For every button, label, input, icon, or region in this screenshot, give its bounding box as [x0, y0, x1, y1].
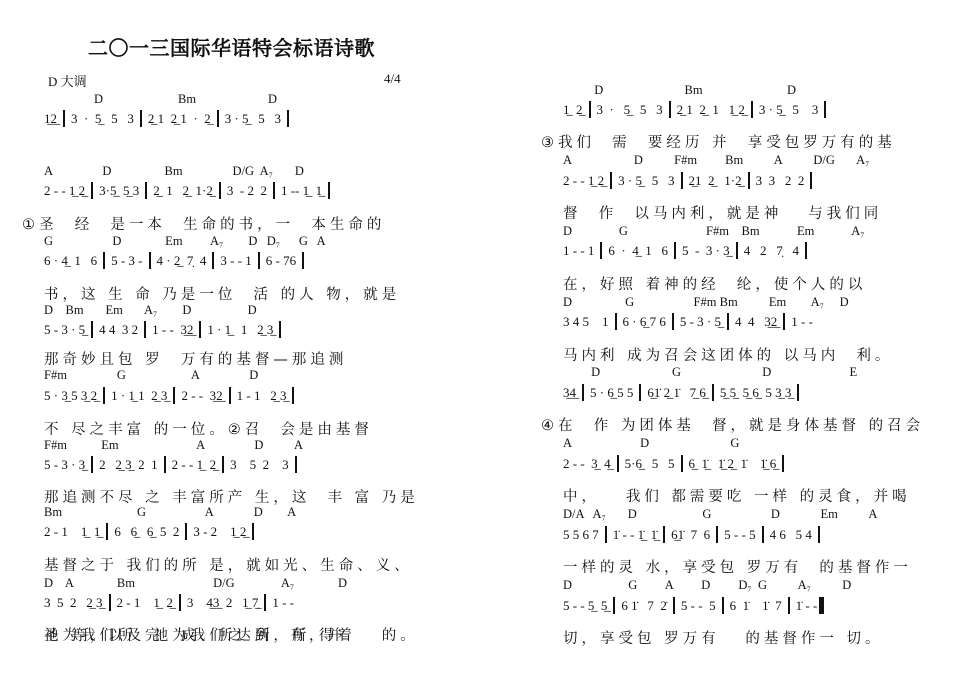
- measure: 2 - - 1̲ 2̲: [44, 183, 85, 199]
- notation-row: 3 5 2 2̲ 3̲2 - 1 1̲ 2̲3 4̲3̲ 2 1̲ 7̣̲1 -…: [44, 594, 294, 611]
- final-barline: [819, 597, 824, 614]
- time-signature: 4/4: [384, 71, 401, 87]
- lyric-row: 那追测不尽 之 丰富所产 生，这 丰 富 乃是: [44, 486, 419, 507]
- barline: [810, 172, 812, 189]
- barline: [212, 252, 214, 269]
- measure: 3 · 5̲ 5 3: [225, 111, 281, 127]
- barline: [805, 242, 807, 259]
- chord-row: D/A A₇ D G D Em A: [563, 507, 877, 522]
- barline: [663, 526, 665, 543]
- barline: [610, 172, 612, 189]
- barline: [600, 242, 602, 259]
- chord-row: F#m G A D: [44, 368, 258, 383]
- barline: [605, 526, 607, 543]
- measure: 1̇ - - 1̲̇ 1̲̇: [613, 527, 657, 543]
- notation-row: 3 4 5 16 · 6̲ 7 65 - 3 · 5̲4 4 3̲2̲1 - -: [563, 313, 813, 330]
- measure: 6 - 76: [266, 253, 296, 269]
- measure: 2 - - 3̲ 4̲: [563, 456, 611, 472]
- measure: 5 - 3 · 3̲: [44, 457, 85, 473]
- measure: 3 5 2 3: [230, 457, 289, 473]
- measure: 2 - 1 1̲ 2̲: [117, 595, 173, 611]
- notation-row: 5 - - 5̲ 5̲6 1̇ 7 2̇5 - - 56 1̇ 1̇ 71̇ -…: [563, 597, 824, 614]
- measure: 2 - - 1̲ 2̲: [563, 173, 604, 189]
- barline: [582, 384, 584, 401]
- chord-row: D Bm Em A₇ D D: [44, 303, 257, 318]
- measure: 5 - 3 · 3̲: [682, 243, 730, 259]
- measure: 3 · 5̲ 5 3: [759, 102, 819, 118]
- barline: [617, 455, 619, 472]
- barline: [751, 101, 753, 118]
- chord-row: A D Bm D/G A₇ D: [44, 164, 304, 179]
- measure: 3 - - 1: [220, 253, 251, 269]
- lyric-row: 书，这 生 命 乃是一位 活 的人 物，就是: [44, 283, 400, 304]
- chord-row: D Bm D: [563, 83, 796, 98]
- barline: [295, 456, 297, 473]
- measure: 6̲1̇ 7 6: [671, 527, 710, 543]
- measure: 5 - 3 · 5̲: [44, 322, 85, 338]
- notation-row: 6 · 4̲ 1 65 - 3 -4 · 2̲ 7̣ 43 - - 16 - 7…: [44, 252, 310, 269]
- barline: [91, 321, 93, 338]
- measure: 6 1̇ 1̇ 7: [730, 598, 782, 614]
- barline: [109, 594, 111, 611]
- measure: 5 · 3̲ 5 3̲ 2̲: [44, 388, 97, 404]
- barline: [199, 321, 201, 338]
- measure: 1 - -: [791, 314, 813, 330]
- barline: [782, 455, 784, 472]
- measure: 2̲ 1 2̲ 1 1̲ 2̲: [677, 102, 745, 118]
- measure: 6 · 4̲ 1 6: [608, 243, 668, 259]
- barline: [91, 182, 93, 199]
- barline: [264, 594, 266, 611]
- chord-row: A D G: [563, 436, 739, 451]
- measure: 6 1̇ 7 2̇: [621, 598, 667, 614]
- notation-row: 5 5 6 71̇ - - 1̲̇ 1̲̇6̲1̇ 7 65 - - 54 6 …: [563, 526, 826, 543]
- chord-row: F#m Em A D A: [44, 438, 303, 453]
- key-signature: D 大调: [48, 71, 87, 90]
- barline: [589, 101, 591, 118]
- measure: 3 · 5̲ 5 3: [597, 102, 663, 118]
- chord-row: A D F#m Bm A D/G A₇: [563, 153, 869, 168]
- chord-row: D Bm D: [44, 92, 277, 107]
- measure: 4 4 3̲2̲: [735, 314, 777, 330]
- measure: 5 - 3 · 5̲: [680, 314, 721, 330]
- barline: [639, 384, 641, 401]
- notation-row: 5 - 3 · 5̲4 4 3 21 - - 3̲2̲1 · 1̲ 1 2̲ 3…: [44, 321, 287, 338]
- measure: 3̲4̲: [563, 385, 576, 401]
- barline: [222, 456, 224, 473]
- measure: 4 4 3 2: [99, 322, 138, 338]
- chord-row: G D Em A₇ D D₇ G A: [44, 234, 326, 249]
- measure: 6 · 4̲ 1 6: [44, 253, 97, 269]
- barline: [328, 182, 330, 199]
- measure: 1 - 1 2̲ 3̲: [237, 388, 287, 404]
- measure: 1 - - 1: [563, 243, 594, 259]
- barline: [140, 110, 142, 127]
- barline: [164, 456, 166, 473]
- chord-row: Bm G A D A: [44, 505, 296, 520]
- barline: [292, 387, 294, 404]
- measure: 5 - - 5: [681, 598, 716, 614]
- barline: [185, 523, 187, 540]
- notation-row: 1̲2̲3 · 5̲ 5 32̲ 1 2̲ 1 · 2̲3 · 5̲ 5 3: [44, 110, 295, 127]
- barline: [824, 101, 826, 118]
- barline: [615, 313, 617, 330]
- measure: 4 2 7̣ 4: [744, 243, 799, 259]
- barline: [179, 594, 181, 611]
- measure: 2 - - 3̲2̲: [181, 388, 222, 404]
- notation-row: 1̲ 2̲3 · 5̲ 5 32̲ 1 2̲ 1 1̲ 2̲3 · 5̲ 5 3: [563, 101, 832, 118]
- barline: [613, 597, 615, 614]
- notation-row: 5 - 3 · 3̲2 2̲ 3̲ 2 12 - - 1̲ 2̲3 5 2 3: [44, 456, 303, 473]
- lyric-row: ④在 作 为团体基 督，就是身体基督 的召会: [541, 414, 924, 435]
- measure: 1 - - 3̲2̲: [152, 322, 193, 338]
- measure: 5·6̲ 5 5: [625, 456, 675, 472]
- measure: 1̇ - -: [796, 598, 818, 614]
- barline: [229, 387, 231, 404]
- barline: [63, 110, 65, 127]
- chord-row: D G A D D₇ G A₇ D: [563, 578, 851, 593]
- measure: 5 · 6̲ 5 5: [590, 385, 633, 401]
- measure: 1̲ 2̲: [563, 102, 583, 118]
- barline: [258, 252, 260, 269]
- measure: 5 - - 5: [724, 527, 755, 543]
- barline: [783, 313, 785, 330]
- measure: 3 4 5 1: [563, 314, 609, 330]
- barline: [722, 597, 724, 614]
- measure: 5 5 6 7: [563, 527, 599, 543]
- notation-row: 3̲4̲5 · 6̲ 5 56̲1̇ 2̲ 1̇ 7̲ 6̲5̲ 5̲ 5̲ 6…: [563, 384, 805, 401]
- measure: 4 6 5 4: [770, 527, 812, 543]
- measure: 1 · 1̲ 1 2̲ 3̲: [207, 322, 273, 338]
- barline: [712, 384, 714, 401]
- notation-row: 2 - - 1̲ 2̲3 · 5̲ 5 32̲1 2̲ 1·2̲3 3 2 2: [563, 172, 818, 189]
- measure: 5̲ 5̲ 5̲ 6̲ 5 3̲ 3̲: [720, 385, 792, 401]
- notation-row: 2 - 1 1̲ 1̲6 6̲ 6̲ 5 23 - 2 1̲ 2̲: [44, 523, 260, 540]
- measure: 1 · 1̲ 1 2̲ 3̲: [111, 388, 167, 404]
- lyric-row: 马内利 成为召会这团体的 以马内 利。: [563, 344, 893, 365]
- barline: [273, 182, 275, 199]
- barline: [219, 182, 221, 199]
- measure: 3 5 2 2̲ 3̲: [44, 595, 103, 611]
- notation-row: 1 - - 16 · 4̲ 1 65 - 3 · 3̲4 2 7̣ 4: [563, 242, 813, 259]
- lyric-row: 不 尽之丰富 的一位。②召 会是由基督: [44, 418, 373, 439]
- barline: [797, 384, 799, 401]
- barline: [673, 597, 675, 614]
- measure: 6̲ 1̲̇ 1̲̇ 2̲ 1̇ 1̲̇ 6̲: [689, 456, 777, 472]
- barline: [762, 526, 764, 543]
- barline: [106, 523, 108, 540]
- chord-row: D A Bm D/G A₇ D: [44, 576, 347, 591]
- lyric-row: 督 作 以马内利，就是神 与我们同: [563, 202, 882, 223]
- barline: [287, 110, 289, 127]
- lyric-row: 基督之于 我们的所 是，就如光、生命、义、: [44, 554, 413, 575]
- notation-row: 2 - - 1̲ 2̲3·5̲ 5̲ 32̲ 1 2̲ 1·2̲3 - 2 21…: [44, 182, 336, 199]
- measure: 6 6̲ 6̲ 5 2: [114, 524, 179, 540]
- measure: 6 · 6̲ 7 6: [623, 314, 666, 330]
- barline: [736, 242, 738, 259]
- barline: [173, 387, 175, 404]
- notation-row: 5 · 3̲ 5 3̲ 2̲1 · 1̲ 1 2̲ 3̲2 - - 3̲2̲1 …: [44, 387, 300, 404]
- measure: 6̲1̇ 2̲ 1̇ 7̲ 6̲: [647, 385, 706, 401]
- measure: 2 2̲ 3̲ 2 1: [99, 457, 158, 473]
- barline: [302, 252, 304, 269]
- barline: [748, 172, 750, 189]
- chord-row: D G F#m Bm Em A₇: [563, 224, 865, 239]
- measure: 2 - 1 1̲ 1̲: [44, 524, 100, 540]
- measure: 3 - 2 2: [227, 183, 267, 199]
- barline: [674, 242, 676, 259]
- measure: 1̲2̲: [44, 111, 57, 127]
- barline: [149, 252, 151, 269]
- barline: [669, 101, 671, 118]
- measure: 4 · 2̲ 7̣ 4: [157, 253, 207, 269]
- measure: 3·5̲ 5̲ 3: [99, 183, 139, 199]
- measure: 2̲ 1 2̲ 1·2̲: [153, 183, 213, 199]
- chord-row: D G F#m Bm Em A₇ D: [563, 295, 849, 310]
- measure: 5 - 3 -: [111, 253, 142, 269]
- notation-row: 2 - - 3̲ 4̲5·6̲ 5 56̲ 1̲̇ 1̲̇ 2̲ 1̇ 1̲̇ …: [563, 455, 790, 472]
- lyric-row: ①圣 经 是一本 生命的书，一 本生命的: [22, 213, 385, 234]
- measure: 5 - - 5̲ 5̲: [563, 598, 607, 614]
- barline: [681, 455, 683, 472]
- lyric-row: 切，享受包 罗万有 的基督作一 切。: [563, 627, 884, 648]
- barline: [727, 313, 729, 330]
- measure: 3 3 2 2: [756, 173, 805, 189]
- measure: 3 · 5̲ 5 3: [618, 173, 674, 189]
- barline: [217, 110, 219, 127]
- measure: 3 · 5̲ 5 3: [71, 111, 134, 127]
- barline: [279, 321, 281, 338]
- barline: [91, 456, 93, 473]
- barline: [145, 182, 147, 199]
- barline: [788, 597, 790, 614]
- lyric-row: 那奇妙且包 罗 万有的基督—那追测: [44, 348, 347, 369]
- lyric-row: 中， 我们 都需要吃 一样 的灵食，并喝: [563, 485, 911, 506]
- barline: [818, 526, 820, 543]
- barline: [103, 252, 105, 269]
- barline: [681, 172, 683, 189]
- measure: 1 -- 1̲ 1̲: [281, 183, 322, 199]
- measure: 2̲ 1 2̲ 1 · 2̲: [148, 111, 211, 127]
- measure: 3 4̲3̲ 2 1̲ 7̣̲: [187, 595, 259, 611]
- barline: [672, 313, 674, 330]
- measure: 3 - 2 1̲ 2̲: [193, 524, 246, 540]
- measure: 2̲1 2̲ 1·2̲: [689, 173, 742, 189]
- lyric-row: ③我们 需 要经历 并 享受包罗万有的基: [541, 131, 896, 152]
- barline: [716, 526, 718, 543]
- barline: [103, 387, 105, 404]
- final-lyric-left: 祂为我们所 完 成、所达到，所 得着 的。: [44, 624, 419, 645]
- lyric-row: 一样的灵 水，享受包 罗万有 的基督作一: [563, 556, 912, 577]
- chord-row: D G D E: [563, 365, 857, 380]
- lyric-row: 在，好照 着神的经 纶，使个人的以: [563, 273, 866, 294]
- song-title: 二〇一三国际华语特会标语诗歌: [88, 32, 375, 61]
- barline: [252, 523, 254, 540]
- barline: [144, 321, 146, 338]
- measure: 1 - -: [272, 595, 294, 611]
- measure: 2 - - 1̲ 2̲: [172, 457, 216, 473]
